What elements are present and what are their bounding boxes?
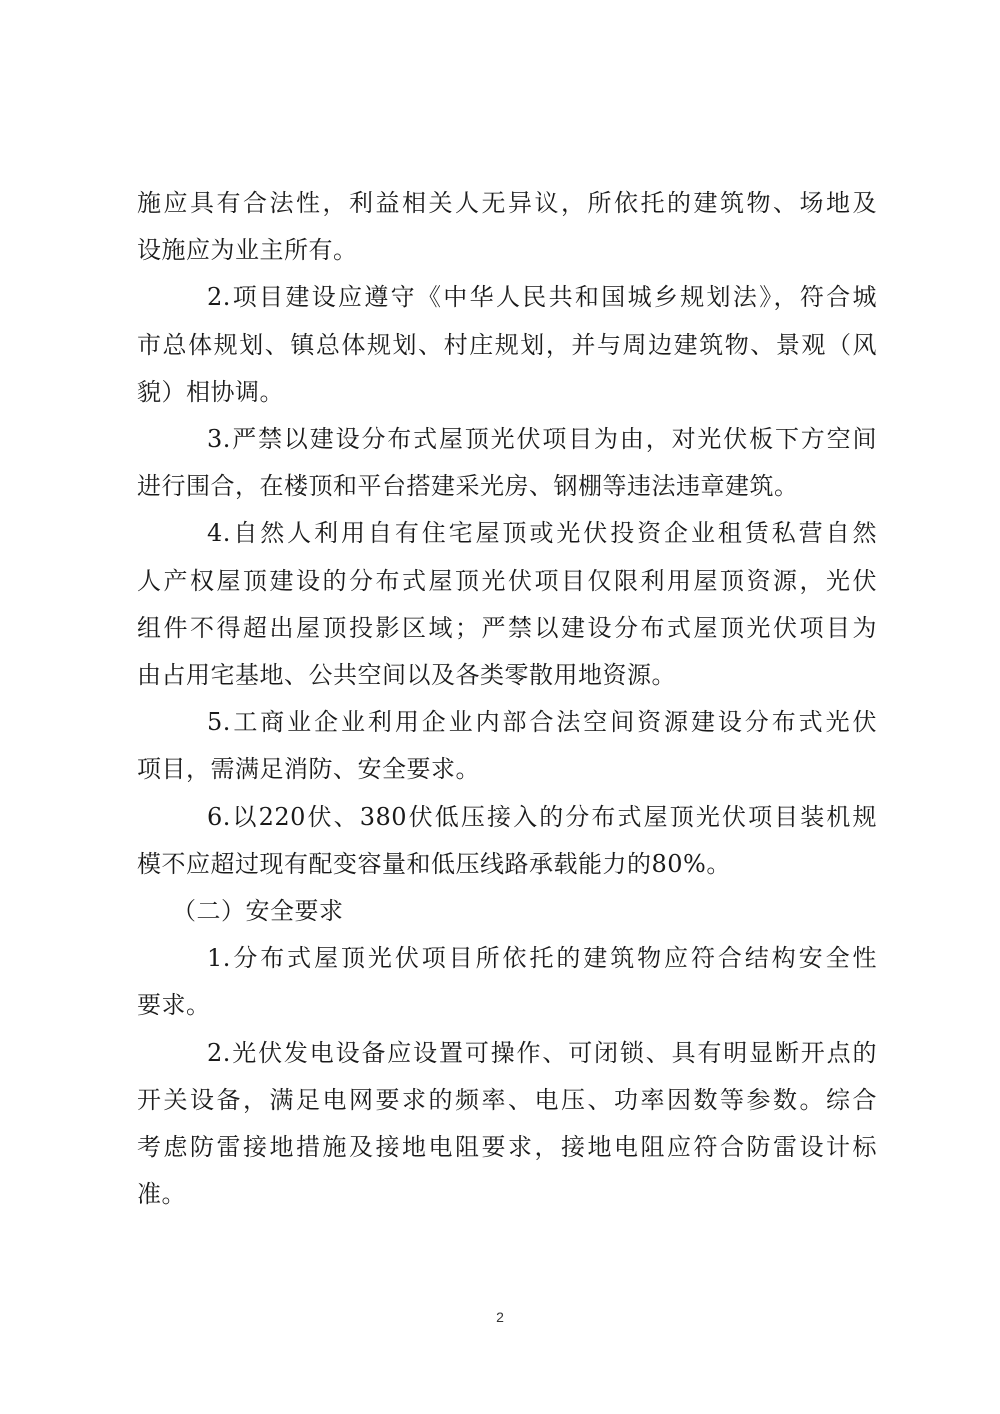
text-line: 要求。 xyxy=(137,982,877,1029)
text-line: 市总体规划、镇总体规划、村庄规划，并与周边建筑物、景观（风 xyxy=(137,322,877,369)
page-number: 2 xyxy=(0,1309,1000,1325)
text-line: 组件不得超出屋顶投影区域；严禁以建设分布式屋顶光伏项目为 xyxy=(137,605,877,652)
text-line: 进行围合，在楼顶和平台搭建采光房、钢棚等违法违章建筑。 xyxy=(137,463,877,510)
item-2-line: 2.项目建设应遵守《中华人民共和国城乡规划法》，符合城 xyxy=(137,274,877,321)
text-line: 设施应为业主所有。 xyxy=(137,227,877,274)
text-line: 模不应超过现有配变容量和低压线路承载能力的80%。 xyxy=(137,841,877,888)
text-line: 项目，需满足消防、安全要求。 xyxy=(137,746,877,793)
document-body: 施应具有合法性，利益相关人无异议，所依托的建筑物、场地及 设施应为业主所有。 2… xyxy=(137,180,877,1218)
item-5-line: 5.工商业企业利用企业内部合法空间资源建设分布式光伏 xyxy=(137,699,877,746)
item-4-line: 4.自然人利用自有住宅屋顶或光伏投资企业租赁私营自然 xyxy=(137,510,877,557)
item-6-line: 6.以220伏、380伏低压接入的分布式屋顶光伏项目装机规 xyxy=(137,794,877,841)
text-line: 开关设备，满足电网要求的频率、电压、功率因数等参数。综合 xyxy=(137,1077,877,1124)
text-line: 貌）相协调。 xyxy=(137,369,877,416)
document-page: 施应具有合法性，利益相关人无异议，所依托的建筑物、场地及 设施应为业主所有。 2… xyxy=(0,0,1000,1414)
text-line: 准。 xyxy=(137,1171,877,1218)
safety-item-2-line: 2.光伏发电设备应设置可操作、可闭锁、具有明显断开点的 xyxy=(137,1030,877,1077)
safety-item-1-line: 1.分布式屋顶光伏项目所依托的建筑物应符合结构安全性 xyxy=(137,935,877,982)
text-line: 由占用宅基地、公共空间以及各类零散用地资源。 xyxy=(137,652,877,699)
text-line: 考虑防雷接地措施及接地电阻要求，接地电阻应符合防雷设计标 xyxy=(137,1124,877,1171)
text-line: 施应具有合法性，利益相关人无异议，所依托的建筑物、场地及 xyxy=(137,180,877,227)
item-3-line: 3.严禁以建设分布式屋顶光伏项目为由，对光伏板下方空间 xyxy=(137,416,877,463)
text-line: 人产权屋顶建设的分布式屋顶光伏项目仅限利用屋顶资源，光伏 xyxy=(137,558,877,605)
section-heading: （二）安全要求 xyxy=(137,888,877,935)
